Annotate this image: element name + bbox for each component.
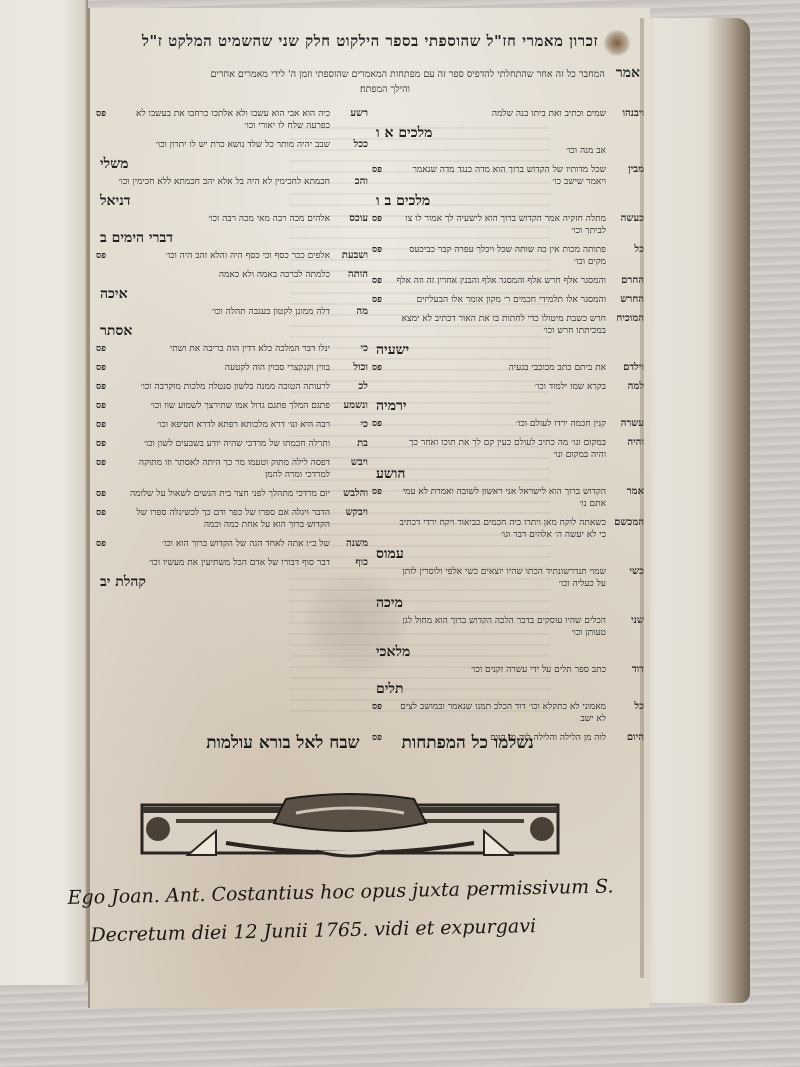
entry-keyword: כל (606, 701, 644, 713)
colophon-part-1: נשלמו כל המפתחות (402, 733, 534, 753)
entry-keyword: המכשם (606, 517, 644, 529)
index-entry: כלפתותה מכות אין כה שותה שכל ויכלך עפרה … (372, 244, 644, 268)
entry-reference: פס (372, 213, 394, 225)
entry-text: דבר סוף דבורו של אדם הכל משתיעין את מעשי… (118, 557, 330, 569)
entry-text: אלפים ככר כסף וכי כסף היה והלא זהב היה ו… (118, 250, 330, 262)
index-entry: המכשםכשאתה לוקח מאן ויתרו כיה חכמים כביא… (372, 517, 644, 541)
entry-keyword: כוף (330, 557, 368, 569)
index-entry: וכולבווין וקנקצרי סבוין הוה לקטעהפס (96, 362, 368, 374)
entry-reference: פס (96, 250, 118, 262)
entry-keyword: למה (606, 381, 644, 393)
index-entry: כשישמוי תנדרשונתיד הכתו שהיו יוצאים כשי … (372, 566, 644, 590)
entry-keyword: והכ (330, 176, 368, 188)
entry-keyword: כעשה (606, 213, 644, 225)
index-book-heading: קהלת יב (96, 574, 368, 590)
index-entry: ויבנהושמים וכתיב ואת ביתו בנה שלמה (372, 108, 644, 120)
entry-text: הכלים שהיו עוסקים בדבר הלכה הקדוש ברוך ה… (394, 615, 606, 639)
entry-keyword: שני (606, 615, 644, 627)
index-book-heading: איכה (96, 286, 368, 302)
index-entry: כירבה היא ונו׳ דרא מלכותא רפתא לדרא חסיפ… (96, 419, 368, 431)
index-entry: עשרהקנין חכמה ירדו לעולם וכו׳פס (372, 418, 644, 430)
entry-reference: פס (96, 457, 118, 469)
page-title: זכרון מאמרי חז"ל שהוספתי בספר הילקוט חלק… (130, 32, 610, 51)
entry-text: מאמוני לא כתקלא וכו׳ דוד הכלב תמנו שנאמר… (394, 701, 606, 725)
entry-keyword: רשע (330, 108, 368, 120)
entry-text: ותרלה חכמתו של מרדכי שהיה יודע בשבעים לש… (118, 438, 330, 450)
entry-keyword: כל (606, 244, 644, 256)
entry-keyword: והלבש (330, 488, 368, 500)
entry-keyword: דוד (606, 664, 644, 676)
colophon-part-2: שבח לאל בורא עולמות (206, 733, 359, 753)
entry-text: במקום ונו׳ מה כתיב לעולם כעין קם לך את ת… (394, 437, 606, 461)
index-entry: ושבעתאלפים ככר כסף וכי כסף היה והלא זהב … (96, 250, 368, 262)
book-fore-edge (640, 18, 750, 1003)
entry-text: דלה ממונן לקטון בעגבה תהלה וכו׳ (118, 306, 330, 318)
entry-text: כשאתה לוקח מאן ויתרו כיה חכמים כביאור וי… (394, 517, 606, 541)
index-entry: אמרהקדוש ברוך הוא לישראל אני ראשון לשובה… (372, 486, 644, 510)
entry-reference: פס (96, 362, 118, 374)
index-book-heading: מיכה (372, 595, 644, 611)
index-book-heading: דניאל (96, 193, 368, 209)
index-book-heading: דברי הימים ב (96, 230, 368, 246)
intro-paragraph: אמר המחבר כל זה אחר שהתחלתי להדפיס ספר ז… (100, 66, 640, 97)
entry-text: אב מנה וכו׳ (394, 145, 606, 157)
entry-keyword: ויבנהו (606, 108, 644, 120)
entry-keyword: החרש (606, 294, 644, 306)
entry-reference: פס (96, 488, 118, 500)
index-entry: דודכתב ספר תלים על ידי עשרה זקנים וכו׳ (372, 664, 644, 676)
entry-keyword: והיה (606, 437, 644, 449)
index-table: ויבנהושמים וכתיב ואת ביתו בנה שלמהמלכים … (96, 108, 644, 728)
entry-text: הקדוש ברוך הוא לישראל אני ראשון לשובה וא… (394, 486, 606, 510)
index-entry: עוכסאלהים מכה רבה מאי מכה רבה וכו׳ (96, 213, 368, 225)
index-entry: המוכיחחרש כשבת מיטולו כדי לחתות בו את הא… (372, 313, 644, 337)
entry-reference: פס (96, 438, 118, 450)
index-book-heading: אסתר (96, 323, 368, 339)
entry-text: ינלו דבר המלכה כלא דדין הוה בריבה את ושת… (118, 343, 330, 355)
index-book-heading: הושע (372, 466, 644, 482)
index-entry: בתותרלה חכמתו של מרדכי שהיה יודע בשבעים … (96, 438, 368, 450)
index-book-heading: משלי (96, 156, 368, 172)
entry-keyword: מה (330, 306, 368, 318)
intro-lead-word: אמר (616, 65, 640, 81)
index-entry: משנהשל כ״ו אתה לאחד הנה של הקדוש ברוך הו… (96, 538, 368, 550)
entry-keyword: עוכס (330, 213, 368, 225)
entry-text: רבה היא ונו׳ דרא מלכותא רפתא לדרא חסיפא … (118, 419, 330, 431)
entry-text: בווין וקנקצרי סבוין הוה לקטעה (118, 362, 330, 374)
woodcut-ornament-icon (136, 793, 564, 863)
entry-reference: פס (372, 275, 394, 287)
entry-keyword: עשרה (606, 418, 644, 430)
entry-reference: פס (96, 507, 118, 519)
entry-reference: פס (96, 400, 118, 412)
entry-reference: פס (96, 381, 118, 393)
entry-text: של כ״ו אתה לאחד הנה של הקדוש ברוך הוא וכ… (118, 538, 330, 550)
entry-text: שבב יהיה מותר כל שלד נושא כרת יש לו יתרו… (118, 139, 330, 151)
index-column-left: רשעכיה הוא אבי הוא עשבו ולא אלתכו כרחבו … (96, 108, 368, 728)
intro-text: המחבר כל זה אחר שהתחלתי להדפיס ספר זה עם… (210, 69, 604, 80)
entry-keyword: בת (330, 438, 368, 450)
entry-reference: פס (372, 418, 394, 430)
page-fold-line (640, 18, 644, 978)
entry-keyword: כשי (606, 566, 644, 578)
entry-text: פתגם המלך פתגם גדול אמו שתירצך לשמוע שוו… (118, 400, 330, 412)
book-page: זכרון מאמרי חז"ל שהוספתי בספר הילקוט חלק… (88, 8, 650, 1008)
index-book-heading: מלכים ב ו (372, 193, 644, 209)
index-book-heading: מלאכי (372, 644, 644, 660)
entry-text: חרש כשבת מיטולו כדי לחתות בו את האור דכת… (394, 313, 606, 337)
entry-keyword: ושבעת (330, 250, 368, 262)
index-entry: ככלשבב יהיה מותר כל שלד נושא כרת יש לו י… (96, 139, 368, 151)
entry-keyword: ככל (330, 139, 368, 151)
entry-text: את ביתם כתב מכוכבי בגעיה (394, 362, 606, 374)
entry-keyword: ויבש (330, 457, 368, 469)
facing-left-page (0, 0, 88, 985)
index-entry: ונשמעפתגם המלך פתגם גדול אמו שתירצך לשמו… (96, 400, 368, 412)
entry-keyword: ויבקש (330, 507, 368, 519)
entry-text: חכמתא לחכימין לא היה בל אלא יהב חכמתא לל… (118, 176, 330, 188)
entry-keyword: וכול (330, 362, 368, 374)
entry-keyword: כי (330, 343, 368, 355)
index-entry: אב מנה וכו׳ (372, 145, 644, 157)
censor-note-line-1: Ego Joan. Ant. Costantius hoc opus juxta… (67, 875, 613, 908)
entry-text: יום מרדכי מתהלך לפני חצר בית הנשים לשאול… (118, 488, 330, 500)
index-entry: לכלרעותה הטובה ממנה בלשון סנטלה מלכות מו… (96, 381, 368, 393)
entry-text: כיה הוא אבי הוא עשבו ולא אלתכו כרחבו את … (118, 108, 330, 132)
entry-reference: פס (96, 343, 118, 355)
entry-text: לרעותה הטובה ממנה בלשון סנטלה מלכות מוקר… (118, 381, 330, 393)
entry-keyword: ונשמע (330, 400, 368, 412)
entry-text: שמים וכתיב ואת ביתו בנה שלמה (394, 108, 606, 120)
index-entry: והלבשיום מרדכי מתהלך לפני חצר בית הנשים … (96, 488, 368, 500)
entry-reference: פס (372, 362, 394, 374)
index-book-heading: מלכים א ו (372, 125, 644, 141)
entry-text: פתותה מכות אין כה שותה שכל ויכלך עפרה קב… (394, 244, 606, 268)
index-entry: וילדםאת ביתם כתב מכוכבי בגעיהפס (372, 362, 644, 374)
index-entry: החרשוהמסגר אלו תלמידי חכמים ר׳ מקון אומר… (372, 294, 644, 306)
entry-reference: פס (372, 244, 394, 256)
index-entry: והיהבמקום ונו׳ מה כתיב לעולם כעין קם לך … (372, 437, 644, 461)
index-book-heading: תלים (372, 681, 644, 697)
entry-keyword: מבין (606, 164, 644, 176)
index-entry: למהבקרא שמו ילמוד וכו׳ (372, 381, 644, 393)
entry-keyword: החרם (606, 275, 644, 287)
entry-reference: פס (372, 486, 394, 498)
colophon: נשלמו כל המפתחות שבח לאל בורא עולמות (130, 733, 610, 753)
entry-reference: פס (372, 294, 394, 306)
index-entry: רשעכיה הוא אבי הוא עשבו ולא אלתכו כרחבו … (96, 108, 368, 132)
entry-reference: פס (372, 164, 394, 176)
entry-text: כלמתה לברכה באמה ולא כאמה (118, 269, 330, 281)
index-entry: כוףדבר סוף דבורו של אדם הכל משתיעין את מ… (96, 557, 368, 569)
entry-reference: פס (96, 419, 118, 431)
entry-reference: פס (372, 701, 394, 713)
entry-reference: פס (96, 538, 118, 550)
entry-keyword: הותה (330, 269, 368, 281)
entry-text: שכל מדותיו של הקדוש ברוך הוא מדה כנגד מד… (394, 164, 606, 188)
intro-tail: והילך המפתח׃ (100, 82, 640, 97)
censor-handwritten-note: Ego Joan. Ant. Costantius hoc opus juxta… (67, 867, 628, 955)
index-entry: מביןשכל מדותיו של הקדוש ברוך הוא מדה כנג… (372, 164, 644, 188)
index-entry: כעשהמתלה חזקיה אמר הקדוש ברוך הוא לישעיה… (372, 213, 644, 237)
entry-text: והמסגר אלף חרש אלף והמסגר אלף והבנין אחר… (394, 275, 606, 287)
index-entry: הותהכלמתה לברכה באמה ולא כאמה (96, 269, 368, 281)
entry-text: בקרא שמו ילמוד וכו׳ (394, 381, 606, 393)
entry-text: והמסגר אלו תלמידי חכמים ר׳ מקון אומר אלו… (394, 294, 606, 306)
entry-text: דפסה לילה מתוק וטעמו מר כך היתה לאסתר וז… (118, 457, 330, 481)
entry-text: קנין חכמה ירדו לעולם וכו׳ (394, 418, 606, 430)
censor-note-line-2: Decretum diei 12 Junii 1765. vidi et exp… (68, 905, 629, 955)
entry-keyword: וילדם (606, 362, 644, 374)
entry-text: כתב ספר תלים על ידי עשרה זקנים וכו׳ (394, 664, 606, 676)
entry-keyword: אמר (606, 486, 644, 498)
index-entry: מהדלה ממונן לקטון בעגבה תהלה וכו׳ (96, 306, 368, 318)
entry-keyword: היום (606, 732, 644, 744)
index-entry: ויבקשהדבר ויגלה אם ספרו של כפר ודם כך לכ… (96, 507, 368, 531)
entry-text: שמוי תנדרשונתיד הכתו שהיו יוצאים כשי אלפ… (394, 566, 606, 590)
index-entry: שניהכלים שהיו עוסקים בדבר הלכה הקדוש ברו… (372, 615, 644, 639)
index-entry: כלמאמוני לא כתקלא וכו׳ דוד הכלב תמנו שנא… (372, 701, 644, 725)
entry-text: הדבר ויגלה אם ספרו של כפר ודם כך לכשיגלה… (118, 507, 330, 531)
entry-keyword: משנה (330, 538, 368, 550)
index-book-heading: ישעיה (372, 342, 644, 358)
index-entry: ויבשדפסה לילה מתוק וטעמו מר כך היתה לאסת… (96, 457, 368, 481)
index-entry: כיינלו דבר המלכה כלא דדין הוה בריבה את ו… (96, 343, 368, 355)
index-book-heading: עמוס (372, 546, 644, 562)
index-column-right: ויבנהושמים וכתיב ואת ביתו בנה שלמהמלכים … (372, 108, 644, 728)
entry-keyword: כי (330, 419, 368, 431)
index-entry: והכחכמתא לחכימין לא היה בל אלא יהב חכמתא… (96, 176, 368, 188)
entry-text: מתלה חזקיה אמר הקדוש ברוך הוא לישעיה לך … (394, 213, 606, 237)
index-entry: החרםוהמסגר אלף חרש אלף והמסגר אלף והבנין… (372, 275, 644, 287)
entry-keyword: המוכיח (606, 313, 644, 325)
entry-reference: פס (96, 108, 118, 120)
entry-keyword: לכ (330, 381, 368, 393)
entry-text: אלהים מכה רבה מאי מכה רבה וכו׳ (118, 213, 330, 225)
index-book-heading: ירמיה (372, 398, 644, 414)
